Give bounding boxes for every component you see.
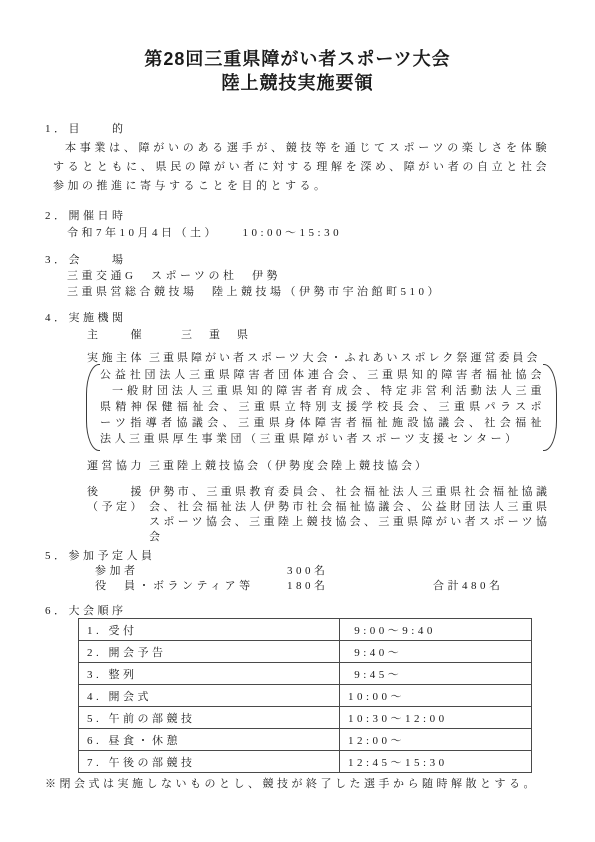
- implementing-body-value: 三重県障がい者スポーツ大会・ふれあいスポレク祭運営委員会: [149, 351, 550, 366]
- organizer-row: 主 催 三 重 県: [45, 327, 550, 343]
- member-organizations-line: 県精神保健福祉会、三重県立特別支援学校長会、三重県パラスポ: [100, 399, 545, 415]
- supporters-value: 伊勢市、三重県教育委員会、社会福祉法人三重県社会福祉協議 会、社会福祉法人伊勢市…: [149, 485, 550, 545]
- schedule-time-cell: 9:00～9:40: [340, 619, 532, 641]
- purpose-line: するとともに、県民の障がい者に対する理解を深め、障がい者の自立と社会: [53, 158, 550, 177]
- schedule-item-cell: 7. 午後の部競技: [79, 751, 340, 773]
- schedule-item-cell: 5. 午前の部競技: [79, 707, 340, 729]
- big-paren-left-icon: [86, 364, 100, 451]
- section-heading-organization: 4．実施機関: [45, 310, 550, 327]
- supporters-line: 会、社会福祉法人伊勢市社会福祉協議会、公益財団法人三重県: [149, 500, 550, 515]
- document-title: 第28回三重県障がい者スポーツ大会 陸上競技実施要領: [45, 47, 550, 95]
- member-organizations-line: 一般財団法人三重県知的障害者育成会、特定非営利活動法人三重: [100, 383, 545, 399]
- participants-row: 参加者 300名: [45, 564, 550, 579]
- schedule-time-cell: 12:45～15:30: [340, 751, 532, 773]
- closing-note: ※閉会式は実施しないものとし、競技が終了した選手から随時解散とする。: [45, 777, 550, 792]
- schedule-row: 3. 整列 9:45～: [79, 663, 532, 685]
- supporters-line: 伊勢市、三重県教育委員会、社会福祉法人三重県社会福祉協議: [149, 485, 550, 500]
- schedule-row: 6. 昼食・休憩 12:00～: [79, 729, 532, 751]
- organizer-label: 主 催: [87, 327, 149, 343]
- supporters-line: スポーツ協会、三重陸上競技協会、三重県障がい者スポーツ協: [149, 515, 550, 530]
- cooperation-value: 三重陸上競技協会（伊勢度会陸上競技協会）: [149, 458, 550, 474]
- purpose-line: 参加の推進に寄与することを目的とする。: [53, 177, 550, 196]
- section-heading-participants: 5．参加予定人員: [45, 549, 550, 564]
- member-organizations-line: 法人三重県厚生事業団（三重県障がい者スポーツ支援センター）: [100, 431, 545, 447]
- participants-row-value: 180名: [287, 579, 433, 594]
- schedule-row: 7. 午後の部競技 12:45～15:30: [79, 751, 532, 773]
- participants-row-value: 300名: [287, 564, 433, 579]
- section-heading-schedule: 6．大会順序: [45, 604, 550, 618]
- schedule-row: 2. 開会予告 9:40～: [79, 641, 532, 663]
- schedule-time-cell: 12:00～: [340, 729, 532, 751]
- schedule-table: 1. 受付 9:00～9:40 2. 開会予告 9:40～ 3. 整列 9:45…: [78, 618, 532, 773]
- supporters-label-line: 後 援: [87, 485, 149, 500]
- document-title-line-2: 陸上競技実施要領: [45, 71, 550, 95]
- schedule-time-cell: 10:30～12:00: [340, 707, 532, 729]
- participants-row-label: 参加者: [95, 564, 287, 579]
- document-title-line-1: 第28回三重県障がい者スポーツ大会: [45, 47, 550, 71]
- section-heading-purpose: 1．目 的: [45, 120, 550, 139]
- supporters-label: 後 援 （予定）: [87, 485, 149, 545]
- implementing-body-row: 実施主体 三重県障がい者スポーツ大会・ふれあいスポレク祭運営委員会: [45, 351, 550, 366]
- supporters-line: 会: [149, 530, 550, 545]
- participants-row: 役 員・ボランティア等 180名 合計480名: [45, 579, 550, 594]
- section-heading-venue: 3．会 場: [45, 252, 550, 268]
- schedule-item-cell: 3. 整列: [79, 663, 340, 685]
- supporters-row: 後 援 （予定） 伊勢市、三重県教育委員会、社会福祉法人三重県社会福祉協議 会、…: [45, 485, 550, 545]
- cooperation-label: 運営協力: [87, 458, 149, 474]
- section-heading-datetime: 2．開催日時: [45, 208, 550, 225]
- purpose-paragraph: 本事業は、障がいのある選手が、競技等を通じてスポーツの楽しさを体験 するとともに…: [45, 139, 550, 196]
- venue-address: 三重県営総合競技場 陸上競技場（伊勢市宇治館町510）: [45, 284, 550, 300]
- schedule-time-cell: 10:00～: [340, 685, 532, 707]
- schedule-item-cell: 2. 開会予告: [79, 641, 340, 663]
- purpose-line: 本事業は、障がいのある選手が、競技等を通じてスポーツの楽しさを体験: [53, 139, 550, 158]
- venue-name: 三重交通G スポーツの杜 伊勢: [45, 268, 550, 284]
- event-datetime: 令和7年10月4日（土） 10:00～15:30: [45, 225, 550, 242]
- organizer-value: 三 重 県: [149, 327, 550, 343]
- cooperation-row: 運営協力 三重陸上競技協会（伊勢度会陸上競技協会）: [45, 458, 550, 474]
- schedule-row: 5. 午前の部競技 10:30～12:00: [79, 707, 532, 729]
- document-page: 第28回三重県障がい者スポーツ大会 陸上競技実施要領 1．目 的 本事業は、障が…: [0, 0, 595, 842]
- schedule-time-cell: 9:40～: [340, 641, 532, 663]
- participants-row-label: 役 員・ボランティア等: [95, 579, 287, 594]
- schedule-row: 1. 受付 9:00～9:40: [79, 619, 532, 641]
- big-paren-right-icon: [543, 364, 557, 451]
- participants-total: 合計480名: [433, 579, 550, 594]
- member-organizations-line: 公益社団法人三重県障害者団体連合会、三重県知的障害者福祉協会: [100, 367, 545, 383]
- schedule-time-cell: 9:45～: [340, 663, 532, 685]
- schedule-item-cell: 4. 開会式: [79, 685, 340, 707]
- supporters-label-line: （予定）: [87, 500, 149, 515]
- member-organizations-block: 公益社団法人三重県障害者団体連合会、三重県知的障害者福祉協会 一般財団法人三重県…: [100, 367, 545, 447]
- schedule-row: 4. 開会式 10:00～: [79, 685, 532, 707]
- member-organizations-line: ーツ指導者協議会、三重県身体障害者福祉施設協議会、社会福祉: [100, 415, 545, 431]
- schedule-item-cell: 6. 昼食・休憩: [79, 729, 340, 751]
- schedule-item-cell: 1. 受付: [79, 619, 340, 641]
